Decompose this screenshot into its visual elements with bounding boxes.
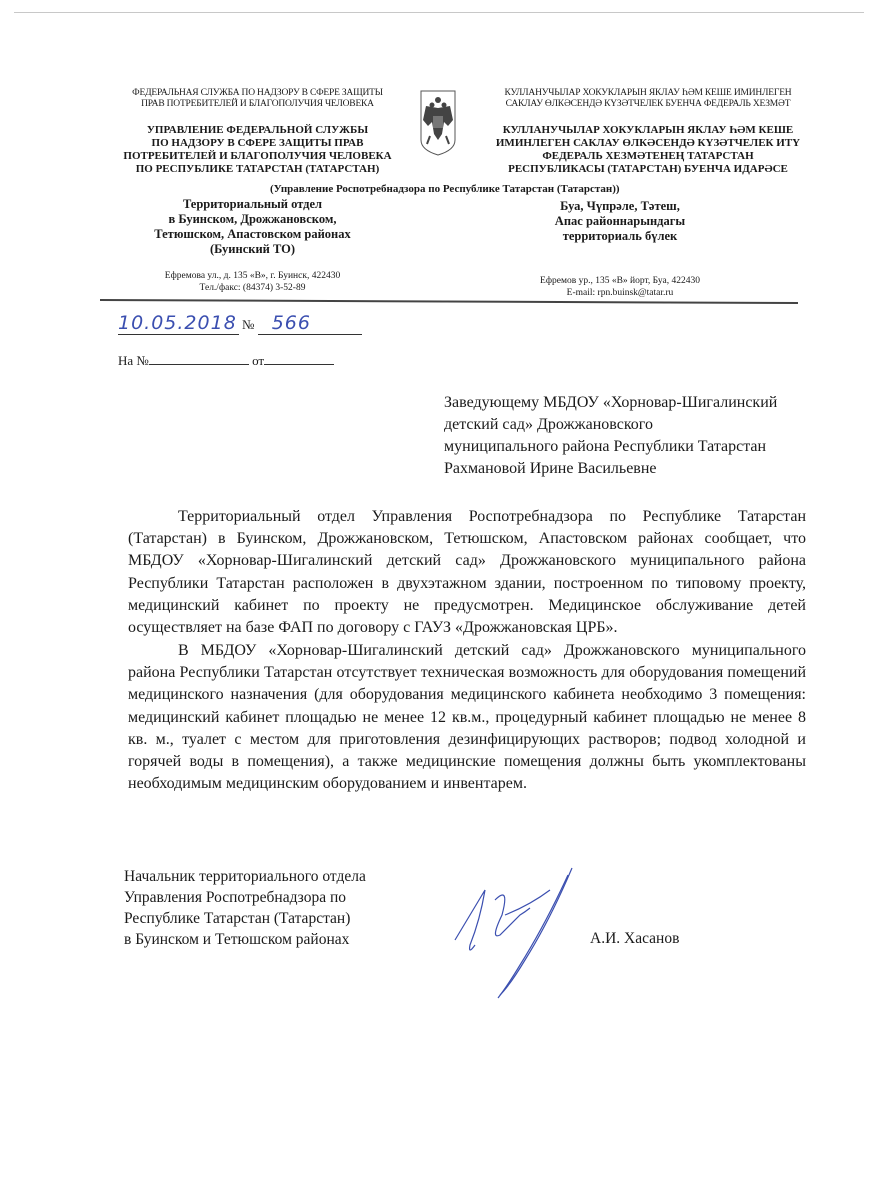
reference-number-field	[149, 350, 249, 365]
header-short-name: (Управление Роспотребнадзора по Республи…	[270, 183, 620, 196]
reference-line: На № от	[118, 350, 334, 369]
reference-number-label: На №	[118, 353, 149, 368]
signatory-position: Начальник территориального отдела Управл…	[124, 866, 424, 950]
header-left-federal-service: ФЕДЕРАЛЬНАЯ СЛУЖБА ПО НАДЗОРУ В СФЕРЕ ЗА…	[100, 88, 415, 110]
addressee-block: Заведующему МБДОУ «Хорновар-Шигалинский …	[444, 392, 824, 480]
header-separator	[100, 299, 798, 304]
signatory-name: А.И. Хасанов	[590, 930, 679, 948]
registration-date: 10.05.2018	[118, 312, 239, 335]
handwritten-signature	[440, 860, 590, 1000]
scan-top-edge	[14, 12, 864, 13]
body-paragraph-2: В МБДОУ «Хорновар-Шигалинский детский са…	[128, 640, 806, 795]
header-right-directorate: КУЛЛАНУЧЫЛАР ХОКУКЛАРЫН ЯКЛАУ ҺӘМ КЕШЕ И…	[478, 124, 818, 176]
header-right-federal-service: КУЛЛАНУЧЫЛАР ХОКУКЛАРЫН ЯКЛАУ ҺӘМ КЕШЕ И…	[478, 88, 818, 110]
reference-from-label: от	[252, 353, 264, 368]
registration-line: 10.05.2018 № 566	[118, 312, 362, 335]
header-right-department: Буа, Чүпрәле, Тәтеш, Апас районнарындагы…	[470, 199, 770, 244]
body-paragraph-1: Территориальный отдел Управления Роспотр…	[128, 506, 806, 639]
reference-date-field	[264, 350, 334, 365]
header-left-department: Территориальный отдел в Буинском, Дрожжа…	[95, 197, 410, 257]
russian-coat-of-arms-icon	[418, 88, 458, 158]
header-left-address: Ефремова ул., д. 135 «В», г. Буинск, 422…	[95, 270, 410, 294]
registration-number-label: №	[242, 317, 254, 332]
registration-number: 566	[258, 312, 362, 335]
header-left-directorate: УПРАВЛЕНИЕ ФЕДЕРАЛЬНОЙ СЛУЖБЫ ПО НАДЗОРУ…	[100, 124, 415, 176]
header-right-address: Ефремов ур., 135 «В» йорт, Буа, 422430 E…	[470, 275, 770, 299]
